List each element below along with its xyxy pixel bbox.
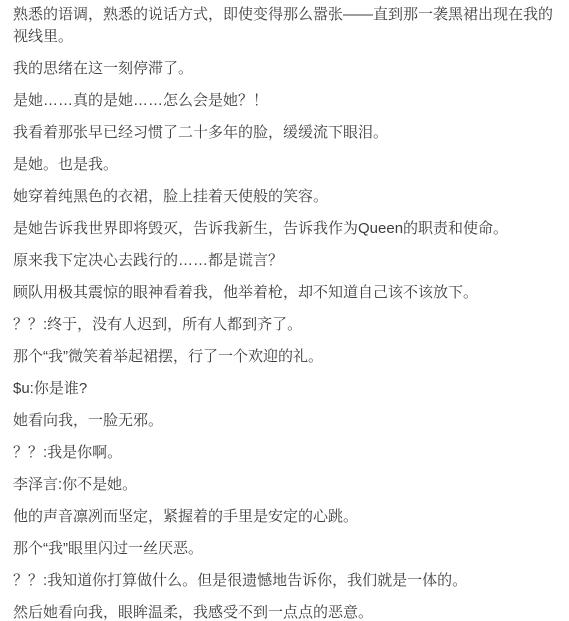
story-paragraph: 那个“我”眼里闪过一丝厌恶。 bbox=[13, 538, 557, 560]
story-paragraph: 她穿着纯黑色的衣裙，脸上挂着天使般的笑容。 bbox=[13, 186, 557, 208]
story-paragraph: 然后她看向我，眼眸温柔，我感受不到一点点的恶意。 bbox=[13, 602, 557, 621]
story-paragraph: 顾队用极其震惊的眼神看着我，他举着枪，却不知道自己该不该放下。 bbox=[13, 282, 557, 304]
story-paragraph: 我看着那张早已经习惯了二十多年的脸，缓缓流下眼泪。 bbox=[13, 122, 557, 144]
story-text-page: 熟悉的语调，熟悉的说话方式，即使变得那么嚣张——直到那一袭黑裙出现在我的视线里。… bbox=[0, 0, 569, 621]
story-paragraph: ？？:终于，没有人迟到，所有人都到齐了。 bbox=[13, 314, 557, 336]
story-paragraph: $u:你是谁? bbox=[13, 378, 557, 400]
story-paragraph: 那个“我”微笑着举起裙摆，行了一个欢迎的礼。 bbox=[13, 346, 557, 368]
story-paragraph: ？？:我是你啊。 bbox=[13, 442, 557, 464]
story-paragraph: ？？:我知道你打算做什么。但是很遗憾地告诉你，我们就是一体的。 bbox=[13, 570, 557, 592]
story-paragraph: 我的思绪在这一刻停滞了。 bbox=[13, 58, 557, 80]
story-paragraph: 原来我下定决心去践行的……都是谎言？ bbox=[13, 250, 557, 272]
story-paragraph: 熟悉的语调，熟悉的说话方式，即使变得那么嚣张——直到那一袭黑裙出现在我的视线里。 bbox=[13, 4, 557, 48]
story-paragraph: 他的声音凛冽而坚定，紧握着的手里是安定的心跳。 bbox=[13, 506, 557, 528]
story-paragraph: 是她告诉我世界即将毁灭，告诉我新生，告诉我作为Queen的职责和使命。 bbox=[13, 218, 557, 240]
story-paragraph: 她看向我，一脸无邪。 bbox=[13, 410, 557, 432]
story-paragraph: 是她。也是我。 bbox=[13, 154, 557, 176]
story-paragraph: 是她……真的是她……怎么会是她？！ bbox=[13, 90, 557, 112]
story-paragraph: 李泽言:你不是她。 bbox=[13, 474, 557, 496]
